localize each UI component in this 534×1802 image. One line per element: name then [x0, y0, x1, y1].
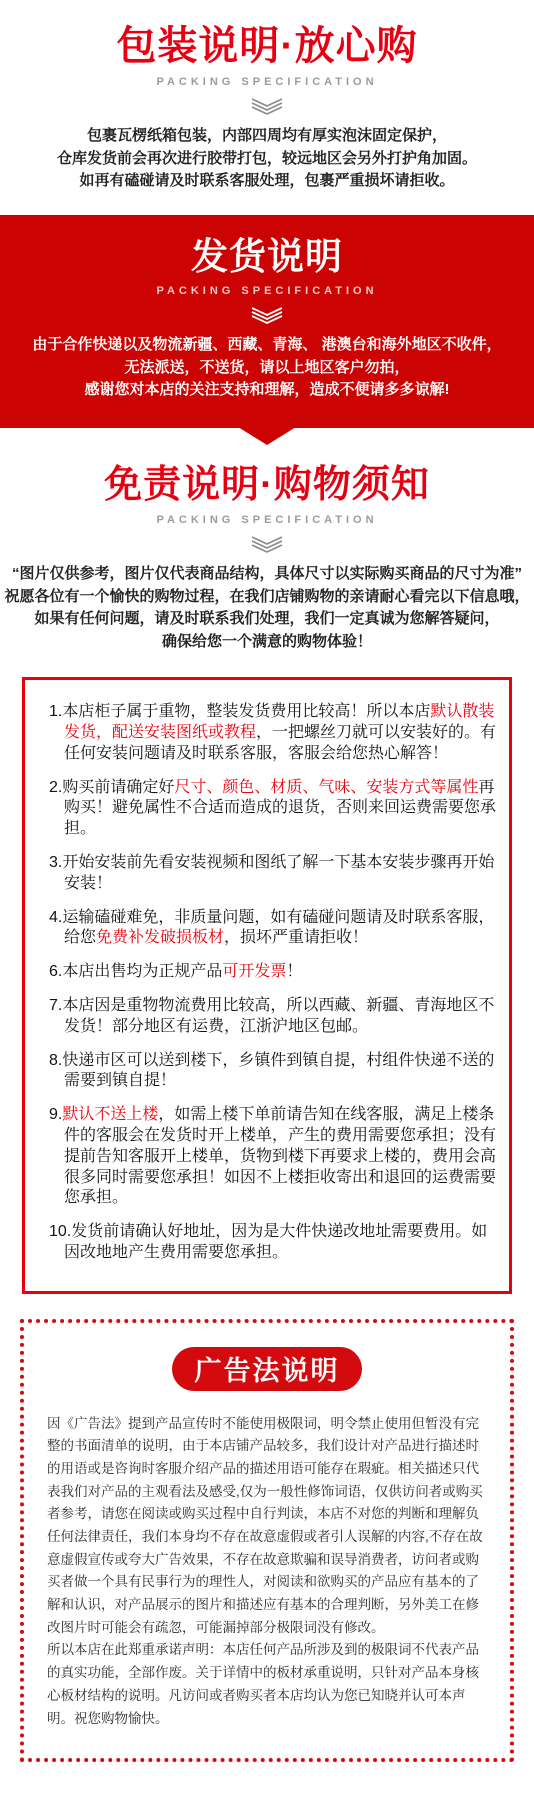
bottom-whitespace [0, 1762, 534, 1802]
notice-item: 1.本店柜子属于重物，整装发货费用比较高！所以本店默认散装发货，配送安装图纸或教… [49, 702, 497, 764]
disclaimer-section: 免责说明·购物须知 PACKING SPECIFICATION “图片仅供参考，… [0, 446, 534, 678]
band-pointer-triangle [238, 427, 296, 445]
notice-text: ！ [286, 963, 302, 980]
adlaw-paragraph-2: 所以本店在此郑重承诺声明：本店任何产品所涉及到的极限词不代表产品的真实功能，全部… [47, 1639, 487, 1730]
notice-item: 9.默认不送上楼，如需上楼下单前请告知在线客服，满足上楼条件的客服会在发货时开上… [49, 1105, 497, 1209]
product-detail-page: 包装说明·放心购 PACKING SPECIFICATION 包裹瓦楞纸箱包装，… [0, 0, 534, 1802]
notice-text: 10.发货前请确认好地址，因为是大件快递改地址需要费用。如因改地地产生费用需要您… [49, 1223, 487, 1261]
notice-highlight-text: 默认不送上楼 [62, 1106, 158, 1123]
notice-highlight-text: 可开发票 [222, 963, 286, 980]
notice-text: 1.本店柜子属于重物，整装发货费用比较高！所以本店 [49, 703, 430, 720]
shipping-body-text: 由于合作快递以及物流新疆、西藏、青海、 港澳台和海外地区不收件， 无法派送，不送… [0, 334, 534, 402]
adlaw-title-button: 广告法说明 [172, 1347, 362, 1391]
notice-item: 8.快递市区可以送到楼下，乡镇件到镇自提，村组件快递不送的需要到镇自提！ [49, 1051, 497, 1093]
adlaw-paragraph-1: 因《广告法》提到产品宣传时不能使用极限词，明令禁止使用但暂没有完整的书面清单的说… [47, 1413, 487, 1640]
notice-text: 6.本店出售均为正规产品 [49, 963, 222, 980]
shipping-title: 发货说明 [0, 236, 534, 279]
double-chevron-down-icon [0, 535, 534, 553]
double-chevron-down-icon [0, 97, 534, 115]
notice-text: 9. [49, 1106, 62, 1123]
shipping-subtitle: PACKING SPECIFICATION [0, 285, 534, 297]
adlaw-box: 广告法说明 因《广告法》提到产品宣传时不能使用极限词，明令禁止使用但暂没有完整的… [20, 1319, 514, 1762]
notice-list: 1.本店柜子属于重物，整装发货费用比较高！所以本店默认散装发货，配送安装图纸或教… [49, 702, 497, 1264]
notice-item: 7.本店因是重物物流费用比较高，所以西藏、新疆、青海地区不发货！部分地区有运费，… [49, 996, 497, 1038]
notice-highlight-text: 尺寸、颜色、材质、气味、安装方式等属性 [174, 779, 478, 796]
notice-highlight-text: 免费补发破损板材 [96, 929, 224, 946]
notice-box: 1.本店柜子属于重物，整装发货费用比较高！所以本店默认散装发货，配送安装图纸或教… [22, 677, 512, 1294]
packing-title: 包装说明·放心购 [0, 23, 534, 69]
shipping-section: 发货说明 PACKING SPECIFICATION 由于合作快递以及物流新疆、… [0, 215, 534, 428]
disclaimer-title: 免责说明·购物须知 [0, 464, 534, 508]
notice-text: 8.快递市区可以送到楼下，乡镇件到镇自提，村组件快递不送的需要到镇自提！ [49, 1052, 494, 1090]
packing-section: 包装说明·放心购 PACKING SPECIFICATION 包裹瓦楞纸箱包装，… [0, 0, 534, 215]
notice-item: 6.本店出售均为正规产品可开发票！ [49, 962, 497, 983]
notice-item: 10.发货前请确认好地址，因为是大件快递改地址需要费用。如因改地地产生费用需要您… [49, 1222, 497, 1264]
disclaimer-body-text: “图片仅供参考，图片仅代表商品结构，具体尺寸以实际购买商品的尺寸为准” 祝愿各位… [0, 563, 534, 653]
notice-item: 3.开始安装前先看安装视频和图纸了解一下基本安装步骤再开始安装！ [49, 853, 497, 895]
packing-body-text: 包裹瓦楞纸箱包装，内部四周均有厚实泡沫固定保护， 仓库发货前会再次进行胶带打包，… [0, 125, 534, 193]
disclaimer-subtitle: PACKING SPECIFICATION [0, 514, 534, 526]
double-chevron-down-icon [0, 306, 534, 324]
packing-subtitle: PACKING SPECIFICATION [0, 76, 534, 88]
notice-item: 4.运输磕碰难免，非质量问题，如有磕碰问题请及时联系客服，给您免费补发破损板材，… [49, 908, 497, 950]
notice-text: 7.本店因是重物物流费用比较高，所以西藏、新疆、青海地区不发货！部分地区有运费，… [49, 997, 494, 1035]
notice-text: 2.购买前请确定好 [49, 779, 174, 796]
notice-item: 2.购买前请确定好尺寸、颜色、材质、气味、安装方式等属性再购买！避免属性不合适而… [49, 778, 497, 840]
notice-text: 3.开始安装前先看安装视频和图纸了解一下基本安装步骤再开始安装！ [49, 854, 494, 892]
notice-text: ，损坏严重请拒收！ [224, 929, 368, 946]
